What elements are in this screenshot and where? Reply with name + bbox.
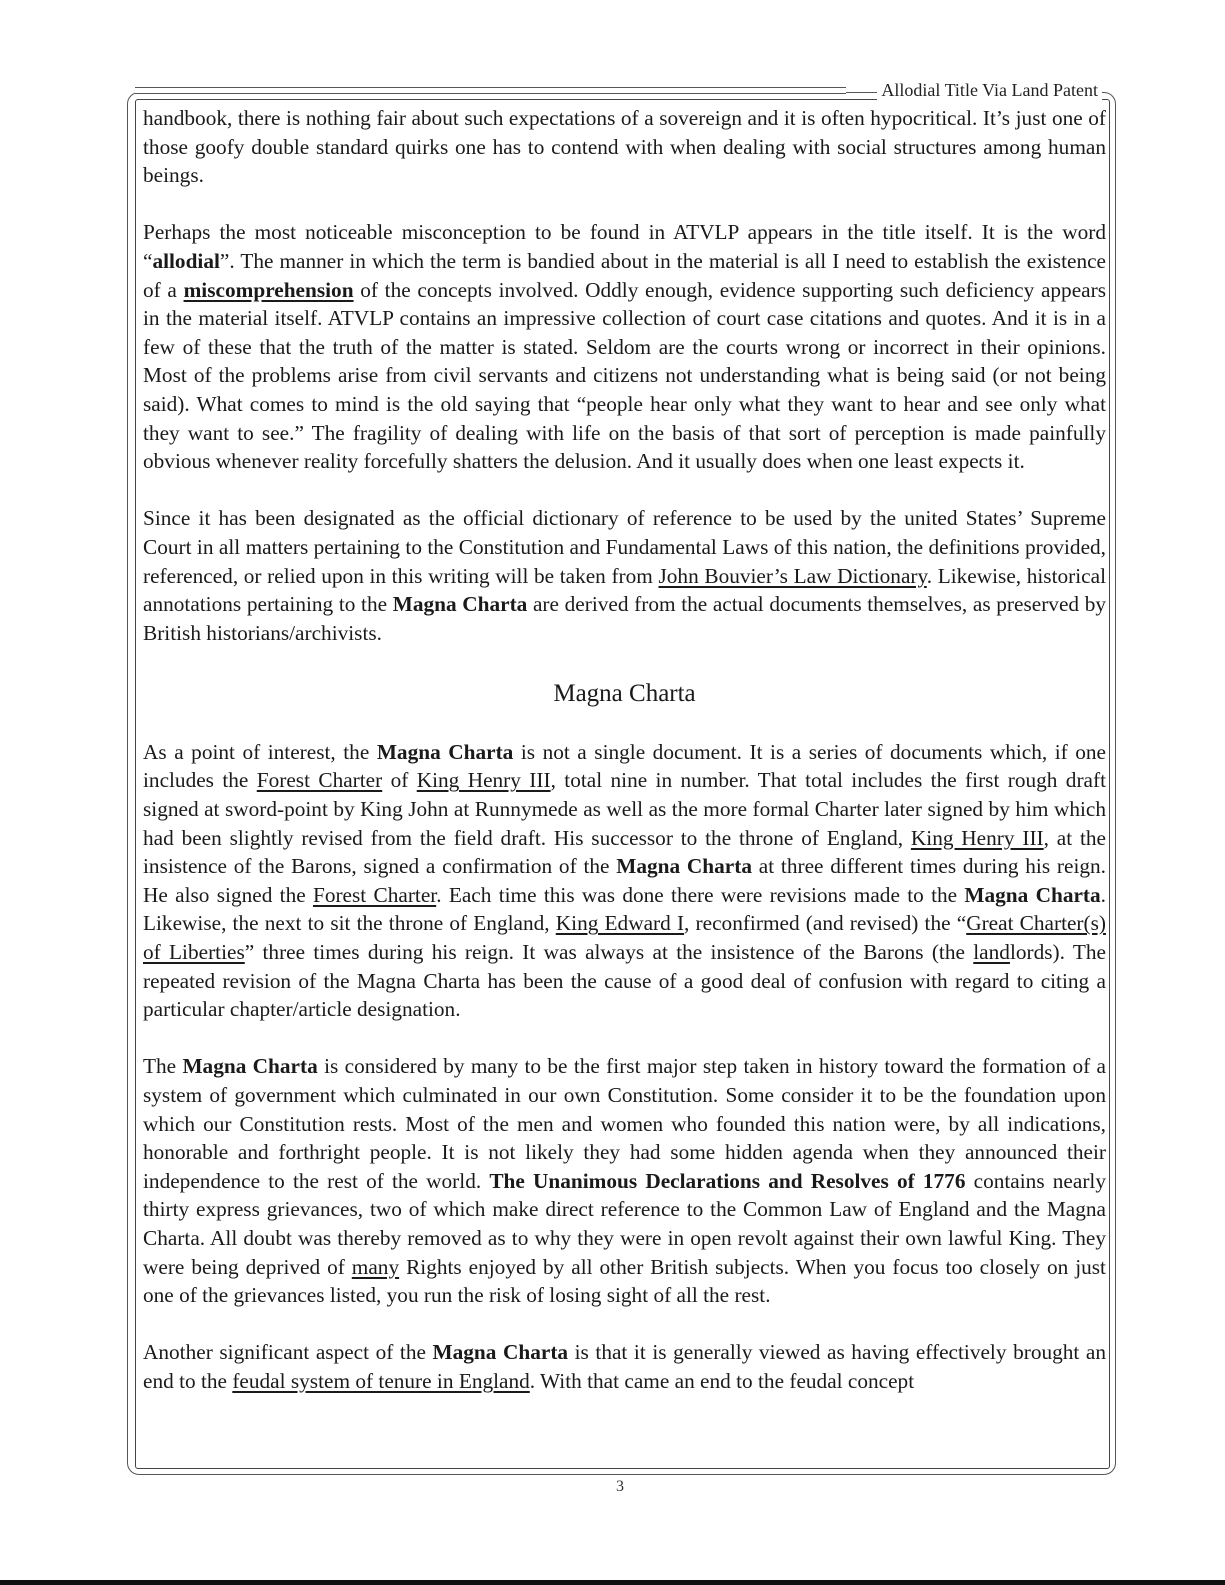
paragraph: handbook, there is nothing fair about su…	[143, 104, 1106, 190]
underlined-text: miscomprehension	[184, 278, 354, 302]
underlined-text: King Henry III	[417, 768, 551, 792]
paragraph: As a point of interest, the Magna Charta…	[143, 738, 1106, 1024]
bold-text: Magna Charta	[182, 1054, 317, 1078]
bold-text: The Unanimous Declarations and Resolves …	[489, 1169, 965, 1193]
paragraph: Since it has been designated as the offi…	[143, 504, 1106, 647]
bold-text: Magna Charta	[393, 592, 528, 616]
document-body: handbook, there is nothing fair about su…	[143, 104, 1106, 1424]
paragraph: The Magna Charta is considered by many t…	[143, 1052, 1106, 1309]
underlined-text: King Henry III	[911, 826, 1044, 850]
bold-text: allodial	[152, 249, 219, 273]
paragraph: Perhaps the most noticeable misconceptio…	[143, 218, 1106, 475]
paragraph: Another significant aspect of the Magna …	[143, 1338, 1106, 1395]
bold-text: Magna Charta	[964, 883, 1100, 907]
bottom-edge	[0, 1580, 1225, 1585]
bold-text: Magna Charta	[433, 1340, 569, 1364]
header-title: Allodial Title Via Land Patent	[877, 80, 1102, 100]
header-double-rule	[135, 87, 846, 94]
underlined-text: feudal system of tenure in England	[232, 1369, 529, 1393]
section-heading: Magna Charta	[143, 676, 1106, 710]
underlined-text: King Edward I	[556, 911, 684, 935]
underlined-text: John Bouvier’s Law Dictionary	[659, 564, 927, 588]
page-number: 3	[0, 1478, 1225, 1496]
running-header: Allodial Title Via Land Patent	[127, 80, 1116, 100]
underlined-text: many	[352, 1255, 399, 1279]
bold-text: Magna Charta	[616, 854, 752, 878]
underlined-text: Forest Charter	[257, 768, 382, 792]
bold-text: miscomprehension	[184, 278, 354, 302]
underlined-text: land	[973, 940, 1010, 964]
underlined-text: Forest Charter	[313, 883, 436, 907]
bold-text: Magna Charta	[377, 740, 513, 764]
